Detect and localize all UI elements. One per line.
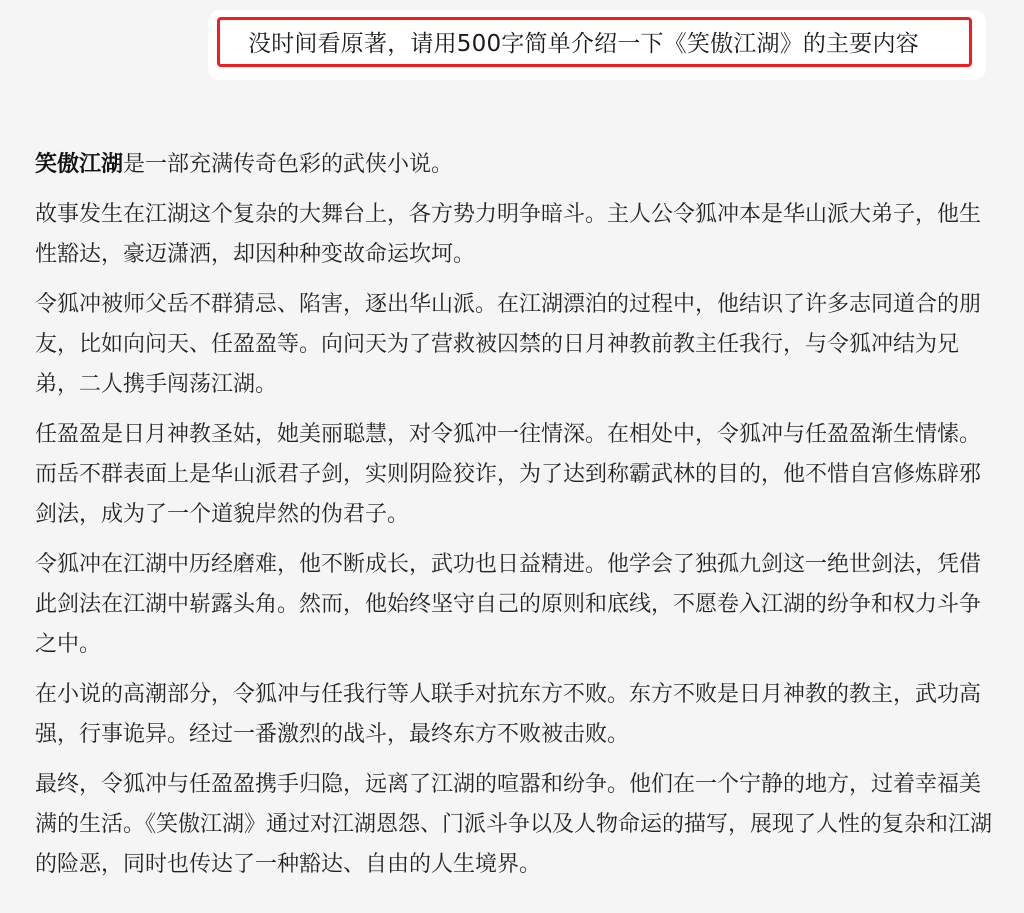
response-paragraph: 故事发生在江湖这个复杂的大舞台上，各方势力明争暗斗。主人公令狐冲本是华山派大弟子… bbox=[35, 195, 995, 275]
intro-text: 是一部充满传奇色彩的武侠小说。 bbox=[123, 152, 453, 177]
response-paragraph: 在小说的高潮部分，令狐冲与任我行等人联手对抗东方不败。东方不败是日月神教的教主，… bbox=[35, 675, 995, 755]
novel-title-bold: 笑傲江湖 bbox=[35, 152, 123, 177]
response-intro: 笑傲江湖是一部充满传奇色彩的武侠小说。 bbox=[35, 145, 995, 185]
response-paragraph: 任盈盈是日月神教圣姑，她美丽聪慧，对令狐冲一往情深。在相处中，令狐冲与任盈盈渐生… bbox=[35, 415, 995, 535]
response-paragraph: 最终，令狐冲与任盈盈携手归隐，远离了江湖的喧嚣和纷争。他们在一个宁静的地方，过着… bbox=[35, 765, 995, 885]
user-message-text: 没时间看原著，请用500字简单介绍一下《笑傲江湖》的主要内容 bbox=[248, 29, 919, 59]
response-paragraph: 令狐冲在江湖中历经磨难，他不断成长，武功也日益精进。他学会了独孤九剑这一绝世剑法… bbox=[35, 545, 995, 665]
assistant-response: 笑傲江湖是一部充满传奇色彩的武侠小说。 故事发生在江湖这个复杂的大舞台上，各方势… bbox=[35, 145, 995, 895]
response-paragraph: 令狐冲被师父岳不群猜忌、陷害，逐出华山派。在江湖漂泊的过程中，他结识了许多志同道… bbox=[35, 285, 995, 405]
